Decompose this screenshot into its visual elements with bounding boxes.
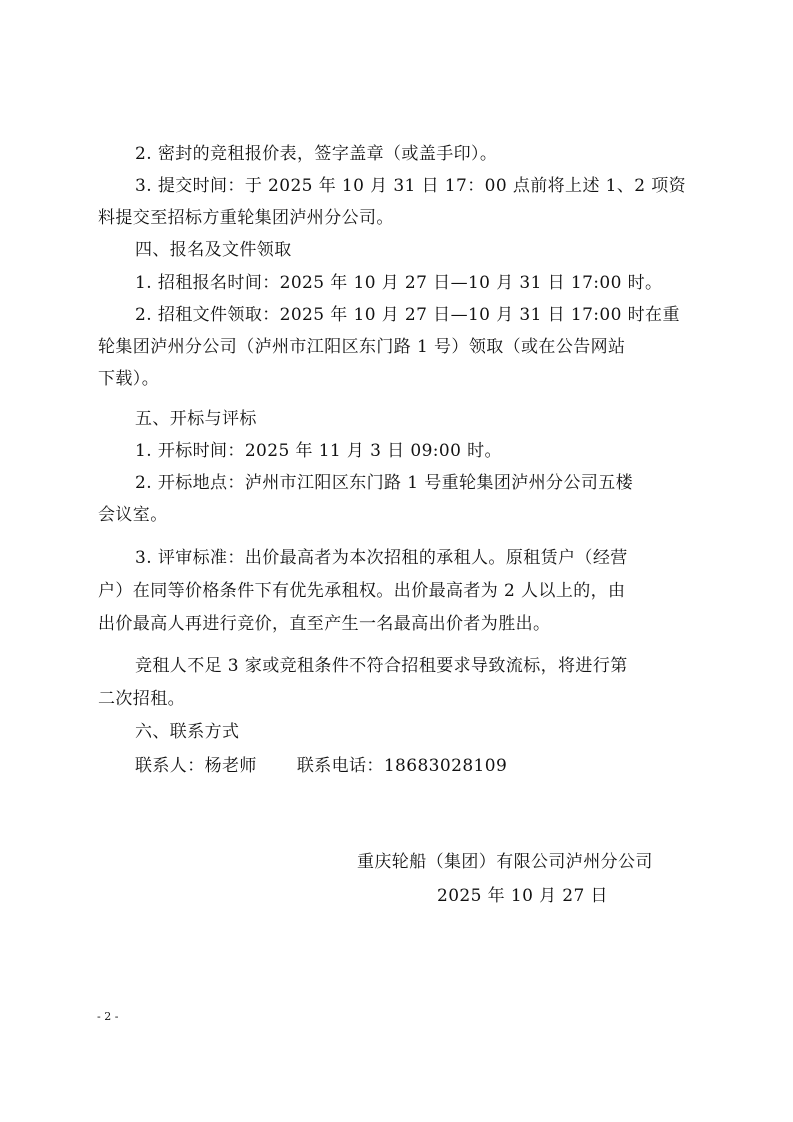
paragraph-line: 2. 开标地点：泸州市江阳区东门路 1 号重轮集团泸州分公司五楼 bbox=[135, 472, 735, 494]
contact-phone: 18683028109 bbox=[384, 756, 507, 776]
section-heading: 六、联系方式 bbox=[135, 721, 735, 743]
paragraph-line: 3. 评审标准：出价最高者为本次招租的承租人。原租赁户（经营 bbox=[135, 547, 735, 569]
signature-date: 2025 年 10 月 27 日 bbox=[437, 885, 608, 907]
contact-line: 联系人：杨老师联系电话：18683028109 bbox=[135, 755, 735, 777]
contact-person: 杨老师 bbox=[205, 756, 257, 776]
paragraph-line: 下载）。 bbox=[98, 368, 698, 390]
contact-person-label: 联系人： bbox=[135, 756, 205, 776]
paragraph-line: 2. 密封的竞租报价表，签字盖章（或盖手印）。 bbox=[135, 143, 735, 165]
section-heading: 五、开标与评标 bbox=[135, 408, 735, 430]
paragraph-line: 1. 开标时间：2025 年 11 月 3 日 09:00 时。 bbox=[135, 440, 735, 462]
section-heading: 四、报名及文件领取 bbox=[135, 239, 735, 261]
paragraph-line: 户）在同等价格条件下有优先承租权。出价最高者为 2 人以上的，由 bbox=[98, 580, 698, 602]
paragraph-line: 出价最高人再进行竞价，直至产生一名最高出价者为胜出。 bbox=[98, 613, 698, 635]
paragraph-line: 竞租人不足 3 家或竞租条件不符合招租要求导致流标，将进行第 bbox=[135, 655, 735, 677]
page-number: - 2 - bbox=[97, 1010, 118, 1023]
paragraph-line: 会议室。 bbox=[98, 504, 698, 526]
paragraph-line: 1. 招租报名时间：2025 年 10 月 27 日—10 月 31 日 17:… bbox=[135, 272, 735, 294]
paragraph-line: 料提交至招标方重轮集团泸州分公司。 bbox=[98, 207, 698, 229]
paragraph-line: 3. 提交时间：于 2025 年 10 月 31 日 17：00 点前将上述 1… bbox=[135, 175, 735, 197]
document-page: 2. 密封的竞租报价表，签字盖章（或盖手印）。 3. 提交时间：于 2025 年… bbox=[0, 0, 793, 1122]
paragraph-line: 2. 招租文件领取：2025 年 10 月 27 日—10 月 31 日 17:… bbox=[135, 304, 735, 326]
contact-phone-label: 联系电话： bbox=[297, 756, 384, 776]
paragraph-line: 二次招租。 bbox=[98, 688, 698, 710]
paragraph-line: 轮集团泸州分公司（泸州市江阳区东门路 1 号）领取（或在公告网站 bbox=[98, 336, 698, 358]
signature-organization: 重庆轮船（集团）有限公司泸州分公司 bbox=[357, 851, 653, 873]
